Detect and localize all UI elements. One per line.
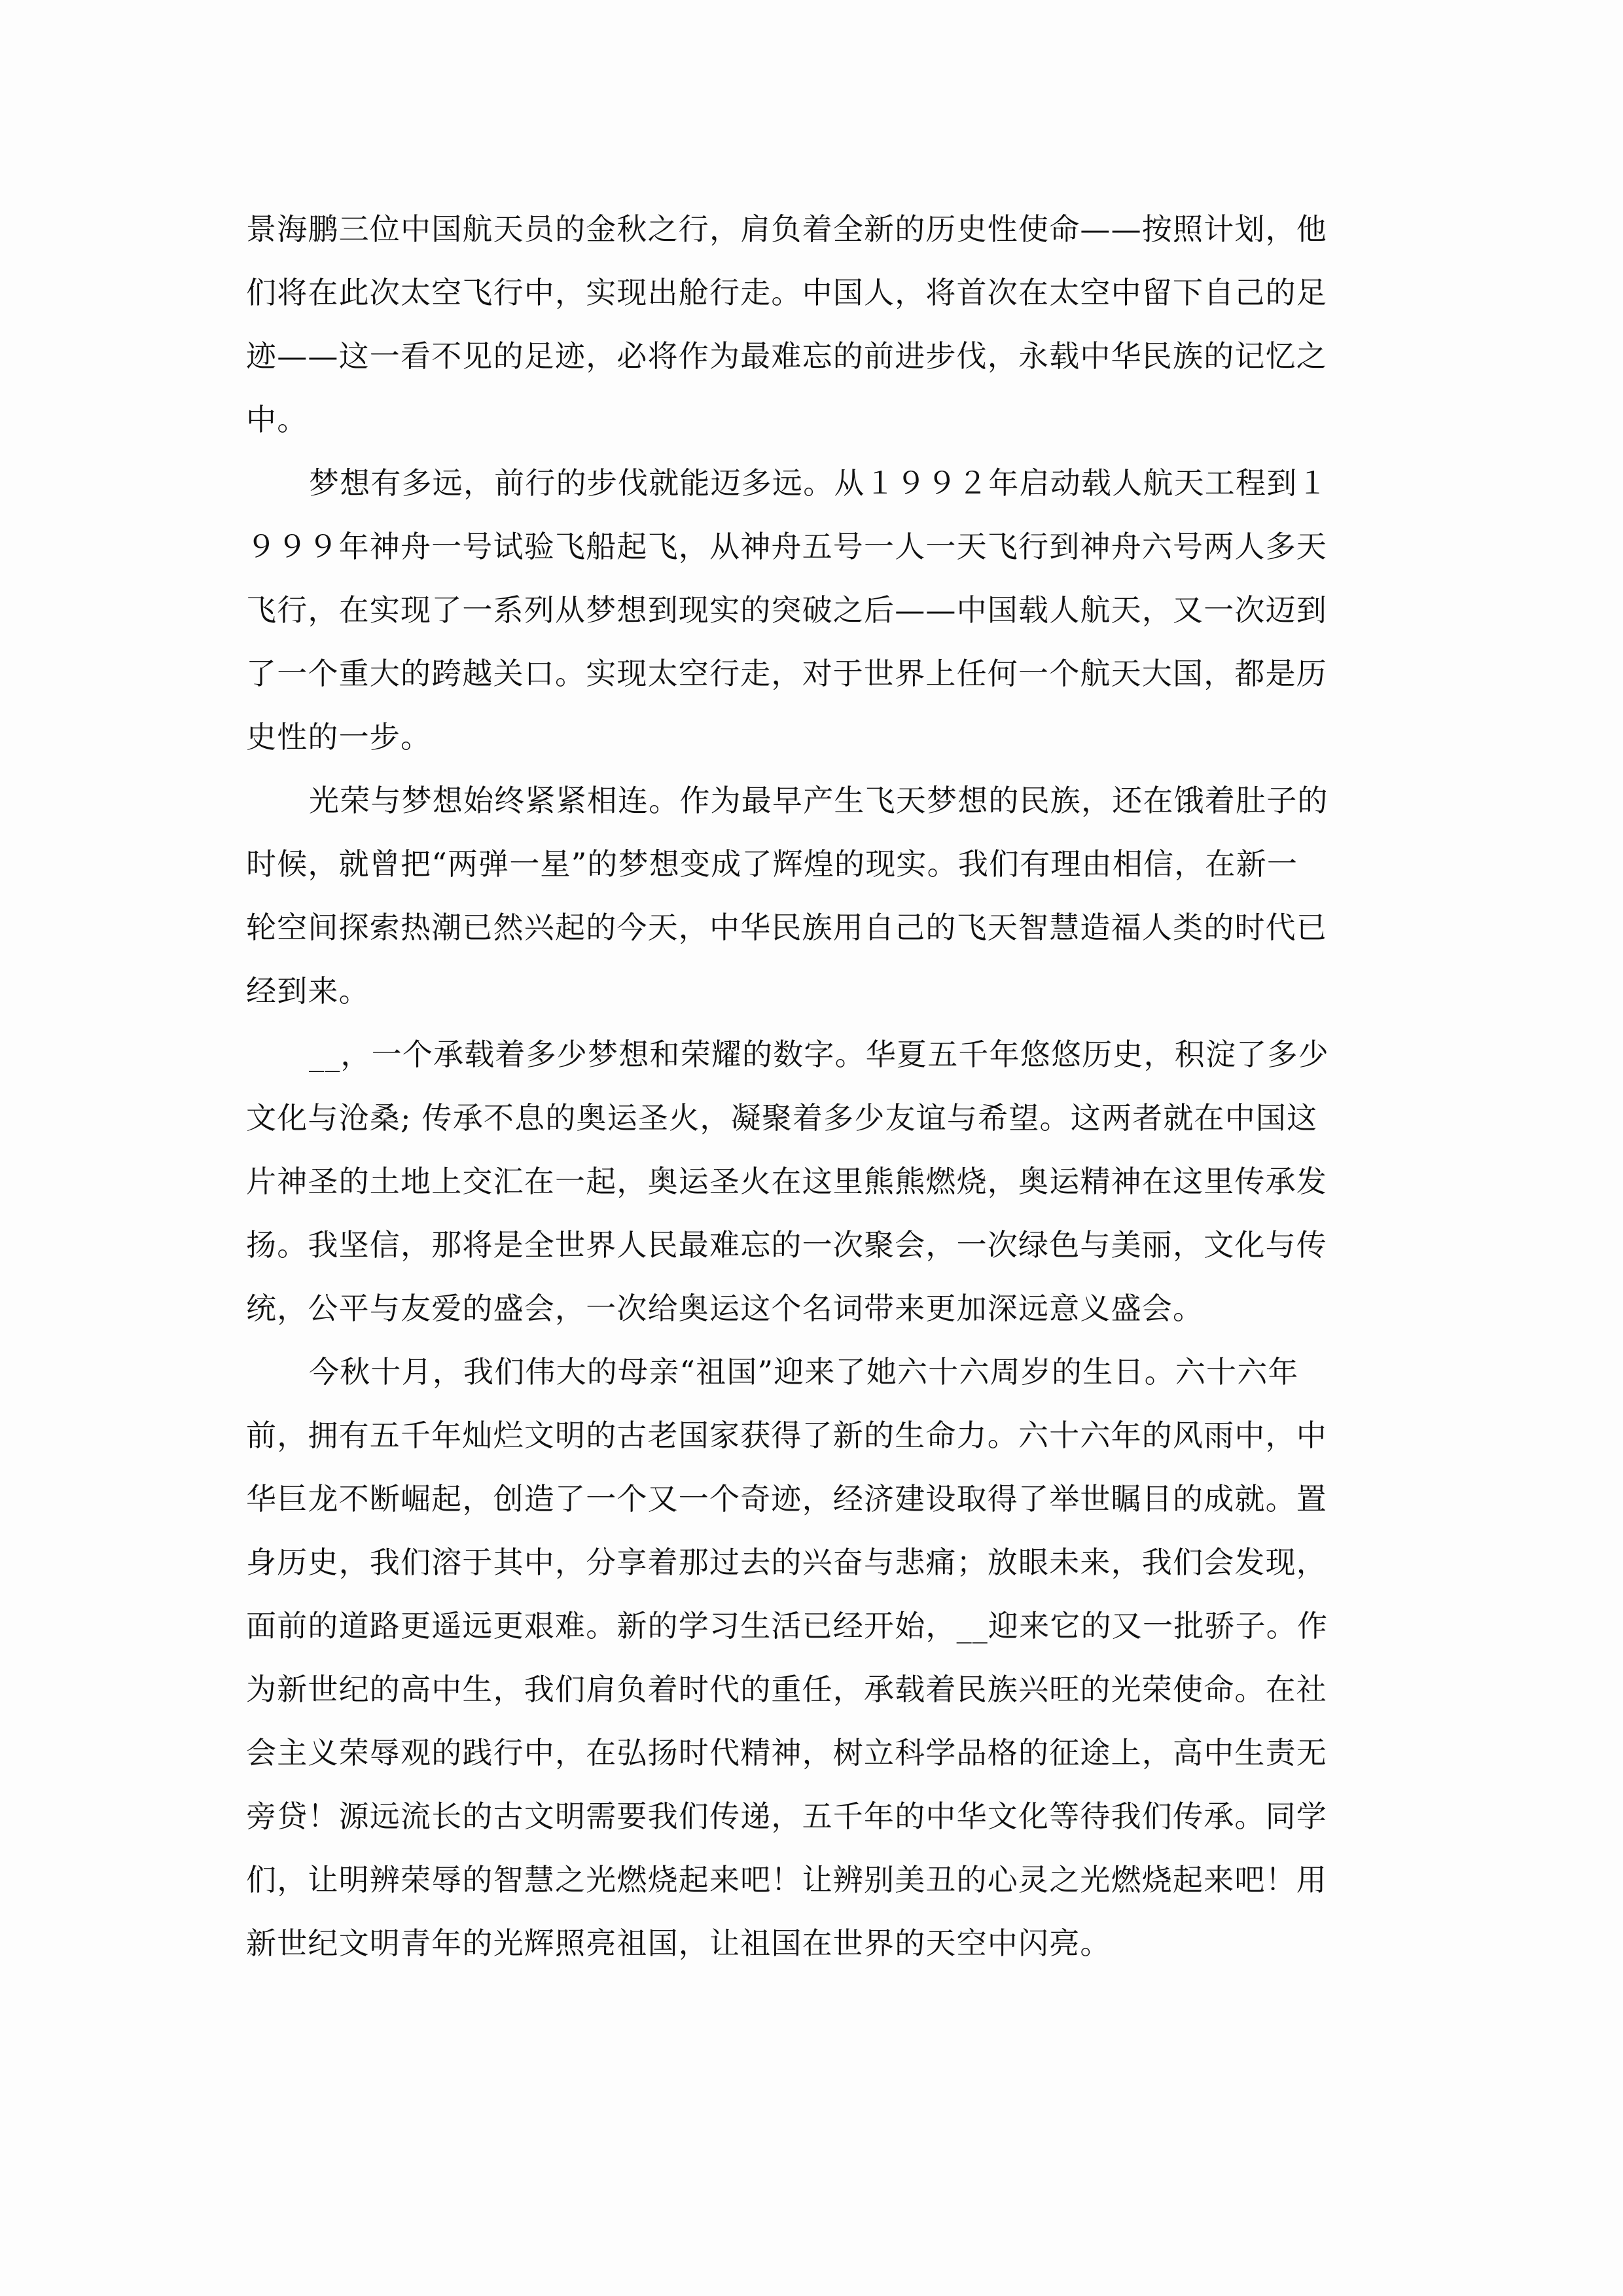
text-line: 扬。我坚信，那将是全世界人民最难忘的一次聚会，一次绿色与美丽，文化与传 xyxy=(246,1213,1385,1277)
text-line: 统，公平与友爱的盛会，一次给奥运这个名词带来更加深远意义盛会。 xyxy=(246,1277,1385,1340)
text-line: __，一个承载着多少梦想和荣耀的数字。华夏五千年悠悠历史，积淀了多少 xyxy=(246,1023,1385,1086)
text-line: 今秋十月，我们伟大的母亲“祖国”迎来了她六十六周岁的生日。六十六年 xyxy=(246,1340,1385,1404)
text-line: 前，拥有五千年灿烂文明的古老国家获得了新的生命力。六十六年的风雨中，中 xyxy=(246,1404,1385,1467)
text-line: ９９９年神舟一号试验飞船起飞，从神舟五号一人一天飞行到神舟六号两人多天 xyxy=(246,515,1385,579)
text-line: 经到来。 xyxy=(246,960,1385,1023)
text-line: 时候，就曾把“两弹一星”的梦想变成了辉煌的现实。我们有理由相信，在新一 xyxy=(246,833,1385,896)
text-line: 会主义荣辱观的践行中，在弘扬时代精神，树立科学品格的征途上，高中生责无 xyxy=(246,1721,1385,1785)
text-line: 光荣与梦想始终紧紧相连。作为最早产生飞天梦想的民族，还在饿着肚子的 xyxy=(246,769,1385,833)
text-line: 旁贷！源远流长的古文明需要我们传递，五千年的中华文化等待我们传承。同学 xyxy=(246,1785,1385,1848)
paragraph-5: 今秋十月，我们伟大的母亲“祖国”迎来了她六十六周岁的生日。六十六年 前，拥有五千… xyxy=(246,1340,1385,1975)
text-line: 文化与沧桑; 传承不息的奥运圣火，凝聚着多少友谊与希望。这两者就在中国这 xyxy=(246,1086,1385,1150)
text-line: 飞行，在实现了一系列从梦想到现实的突破之后——中国载人航天，又一次迈到 xyxy=(246,579,1385,642)
text-line: 新世纪文明青年的光辉照亮祖国，让祖国在世界的天空中闪亮。 xyxy=(246,1912,1385,1975)
text-line: 了一个重大的跨越关口。实现太空行走，对于世界上任何一个航天大国，都是历 xyxy=(246,642,1385,706)
body-text: 景海鹏三位中国航天员的金秋之行，肩负着全新的历史性使命——按照计划，他 们将在此… xyxy=(246,198,1385,1975)
paragraph-2: 梦想有多远，前行的步伐就能迈多远。从１９９２年启动载人航天工程到１ ９９９年神舟… xyxy=(246,452,1385,769)
document-page: 景海鹏三位中国航天员的金秋之行，肩负着全新的历史性使命——按照计划，他 们将在此… xyxy=(0,0,1623,2296)
text-line: 史性的一步。 xyxy=(246,706,1385,769)
paragraph-4: __，一个承载着多少梦想和荣耀的数字。华夏五千年悠悠历史，积淀了多少 文化与沧桑… xyxy=(246,1023,1385,1340)
text-line: 为新世纪的高中生，我们肩负着时代的重任，承载着民族兴旺的光荣使命。在社 xyxy=(246,1658,1385,1721)
text-line: 们将在此次太空飞行中，实现出舱行走。中国人，将首次在太空中留下自己的足 xyxy=(246,261,1385,325)
text-line: 片神圣的土地上交汇在一起，奥运圣火在这里熊熊燃烧，奥运精神在这里传承发 xyxy=(246,1150,1385,1213)
text-line: 面前的道路更遥远更艰难。新的学习生活已经开始，__迎来它的又一批骄子。作 xyxy=(246,1594,1385,1658)
text-line: 华巨龙不断崛起，创造了一个又一个奇迹，经济建设取得了举世瞩目的成就。置 xyxy=(246,1467,1385,1531)
paragraph-3: 光荣与梦想始终紧紧相连。作为最早产生飞天梦想的民族，还在饿着肚子的 时候，就曾把… xyxy=(246,769,1385,1023)
text-line: 梦想有多远，前行的步伐就能迈多远。从１９９２年启动载人航天工程到１ xyxy=(246,452,1385,515)
text-line: 身历史，我们溶于其中，分享着那过去的兴奋与悲痛；放眼未来，我们会发现， xyxy=(246,1531,1385,1594)
text-line: 中。 xyxy=(246,388,1385,452)
paragraph-1: 景海鹏三位中国航天员的金秋之行，肩负着全新的历史性使命——按照计划，他 们将在此… xyxy=(246,198,1385,452)
text-line: 景海鹏三位中国航天员的金秋之行，肩负着全新的历史性使命——按照计划，他 xyxy=(246,198,1385,261)
text-line: 们，让明辨荣辱的智慧之光燃烧起来吧！让辨别美丑的心灵之光燃烧起来吧！用 xyxy=(246,1848,1385,1912)
text-line: 迹——这一看不见的足迹，必将作为最难忘的前进步伐，永载中华民族的记忆之 xyxy=(246,325,1385,388)
text-line: 轮空间探索热潮已然兴起的今天，中华民族用自己的飞天智慧造福人类的时代已 xyxy=(246,896,1385,960)
